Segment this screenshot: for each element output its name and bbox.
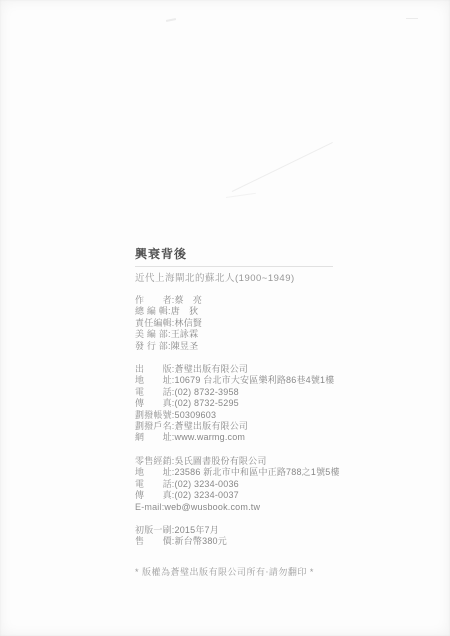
retailer-fax-row: 傳 真:(02) 3234-0037 [135, 490, 385, 501]
publisher-row: 出 版:蒼璧出版有限公司 [135, 364, 385, 375]
field-label: 地 址: [135, 467, 175, 477]
scanned-page: 興衰背後 近代上海閘北的蘇北人(1900~1949) 作 者:蔡 亮 總 編 輯… [0, 0, 450, 636]
field-label: 傳 真: [135, 398, 175, 408]
title-divider [135, 266, 333, 267]
postal-account-row: 劃撥帳號:50309603 [135, 410, 385, 421]
field-label: 責任編輯: [135, 318, 175, 328]
publisher-address-row: 地 址:10679 台北市大安區樂利路86巷4號1樓 [135, 375, 385, 386]
publisher-phone-row: 電 話:(02) 8732-3958 [135, 387, 385, 398]
field-label: 售 價: [135, 536, 175, 546]
scan-artifact [166, 18, 176, 22]
field-label: 網 址: [135, 432, 175, 442]
email-row: E-mail:web@wusbook.com.tw [135, 502, 385, 513]
field-value: 新台幣380元 [175, 536, 227, 546]
field-value: (02) 3234-0037 [175, 490, 239, 500]
field-value: 2015年7月 [175, 525, 219, 535]
field-value: 吳氏圖書股份有限公司 [175, 456, 267, 466]
field-value: (02) 8732-3958 [175, 387, 239, 397]
book-subtitle: 近代上海閘北的蘇北人(1900~1949) [135, 273, 385, 285]
field-value: (02) 8732-5295 [175, 398, 239, 408]
retailer-address-row: 地 址:23586 新北市中和區中正路788之1號5樓 [135, 467, 385, 478]
scan-artifact [406, 18, 418, 19]
field-label: E-mail: [135, 502, 164, 512]
field-label: 電 話: [135, 387, 175, 397]
field-label: 電 話: [135, 479, 175, 489]
field-value: 50309603 [175, 410, 217, 420]
postal-account-name-row: 劃撥戶名:蒼璧出版有限公司 [135, 421, 385, 432]
retailer-phone-row: 電 話:(02) 3234-0036 [135, 479, 385, 490]
field-label: 作 者: [135, 295, 175, 305]
website-row: 網 址:www.warmg.com [135, 432, 385, 443]
website-url: www.warmg.com [175, 432, 246, 442]
book-title: 興衰背後 [135, 247, 385, 261]
field-value: 林信賢 [175, 318, 203, 328]
copyright-notice: * 版權為蒼璧出版有限公司所有‧請勿翻印 * [135, 565, 385, 578]
field-label: 劃撥戶名: [135, 421, 175, 431]
edition-printing-row: 初版一刷:2015年7月 [135, 525, 385, 536]
field-value: 蒼璧出版有限公司 [175, 421, 249, 431]
publisher-block: 出 版:蒼璧出版有限公司 地 址:10679 台北市大安區樂利路86巷4號1樓 … [135, 364, 385, 444]
colophon: 興衰背後 近代上海閘北的蘇北人(1900~1949) 作 者:蔡 亮 總 編 輯… [135, 247, 385, 578]
field-value: 10679 台北市大安區樂利路86巷4號1樓 [175, 375, 335, 385]
field-label: 發 行 部: [135, 341, 171, 351]
field-label: 地 址: [135, 375, 175, 385]
field-value: 蒼璧出版有限公司 [175, 364, 249, 374]
field-label: 零售經銷: [135, 456, 175, 466]
edition-block: 初版一刷:2015年7月 售 價:新台幣380元 [135, 525, 385, 548]
publisher-fax-row: 傳 真:(02) 8732-5295 [135, 398, 385, 409]
field-label: 總 編 輯: [135, 306, 171, 316]
field-label: 出 版: [135, 364, 175, 374]
retailer-row: 零售經銷:吳氏圖書股份有限公司 [135, 456, 385, 467]
credit-row-author: 作 者:蔡 亮 [135, 295, 385, 306]
scan-crease-line [232, 142, 333, 192]
field-value: 王詠霖 [171, 329, 199, 339]
field-label: 初版一刷: [135, 525, 175, 535]
credit-row-distribution-dept: 發 行 部:陳昱圣 [135, 341, 385, 352]
credit-row-managing-editor: 責任編輯:林信賢 [135, 318, 385, 329]
field-value: (02) 3234-0036 [175, 479, 239, 489]
field-value: 唐 狄 [171, 306, 199, 316]
credit-row-chief-editor: 總 編 輯:唐 狄 [135, 306, 385, 317]
field-label: 美 編 部: [135, 329, 171, 339]
credit-row-art-dept: 美 編 部:王詠霖 [135, 329, 385, 340]
field-label: 傳 真: [135, 490, 175, 500]
field-value: 陳昱圣 [171, 341, 199, 351]
field-label: 劃撥帳號: [135, 410, 175, 420]
price-row: 售 價:新台幣380元 [135, 536, 385, 547]
scan-crease-line [226, 193, 256, 198]
email-address: web@wusbook.com.tw [164, 502, 260, 512]
retail-distributor-block: 零售經銷:吳氏圖書股份有限公司 地 址:23586 新北市中和區中正路788之1… [135, 456, 385, 513]
field-value: 蔡 亮 [175, 295, 203, 305]
credits-block: 作 者:蔡 亮 總 編 輯:唐 狄 責任編輯:林信賢 美 編 部:王詠霖 發 行… [135, 295, 385, 352]
field-value: 23586 新北市中和區中正路788之1號5樓 [175, 467, 340, 477]
